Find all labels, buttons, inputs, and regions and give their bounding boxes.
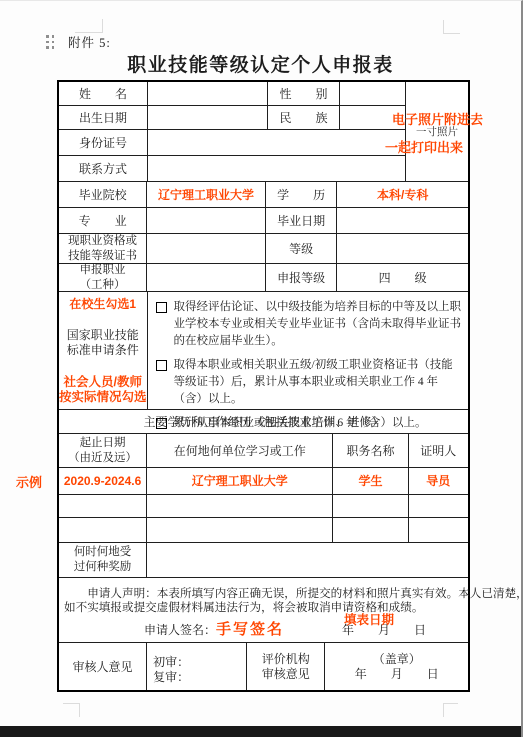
experience-place-input-cell[interactable]: [146, 495, 332, 517]
apply-job-input-cell[interactable]: [146, 264, 265, 291]
basic-info-group: 姓 名 性 别 出生日期 民 族 身份证号 联系方式: [59, 82, 468, 181]
attachment-label: 附件 5:: [68, 33, 111, 51]
margin-mark-top-left: [75, 19, 103, 33]
example-duty-value: 学生: [332, 468, 407, 494]
current-cert-input-cell[interactable]: [146, 234, 265, 263]
photo-annotation-bottom: 一起打印出来: [385, 137, 463, 156]
conditions-checkbox-list: 取得经评估论证、以中级技能为培养目标的中等及以上职业学校本专业或相关专业毕业证书…: [147, 292, 468, 409]
cert-level-label: 等级: [265, 234, 336, 263]
margin-mark-bottom-left: [63, 703, 80, 717]
experience-date-input-cell[interactable]: [59, 518, 146, 542]
condition-item-1: 取得经评估论证、以中级技能为培养目标的中等及以上职业学校本专业或相关专业毕业证书…: [155, 299, 462, 350]
experience-duty-input-cell[interactable]: [332, 518, 407, 542]
current-cert-label: 现职业资格或技能等级证书: [59, 234, 146, 263]
education-value: 本科/专科: [336, 182, 468, 207]
experience-section-title: 主要学历和工作经历（包括技术培训、进修）: [59, 410, 468, 433]
gender-label: 性 别: [267, 82, 339, 105]
student-check-annotation: 在校生勾选1: [69, 297, 136, 311]
experience-header-reference: 证明人: [408, 434, 468, 467]
seal-cell: （盖章） 年 月 日: [324, 643, 468, 690]
first-review-label: 初审：: [153, 655, 189, 670]
review-cell[interactable]: 初审： 复审：: [146, 643, 246, 690]
condition-checkbox-2[interactable]: [156, 360, 167, 371]
experience-place-input-cell[interactable]: [146, 518, 332, 542]
grad-date-input-cell[interactable]: [336, 208, 468, 233]
contact-label: 联系方式: [59, 156, 147, 181]
photo-annotation-top: 电子照片附进去: [392, 109, 483, 128]
evaluation-org-label: 评价机构审核意见: [246, 643, 324, 690]
id-number-input-cell[interactable]: [147, 130, 405, 155]
declaration-line1: 申请人声明：本表所填写内容正确无误，所提交的材料和照片真实有效。本人已清楚，: [64, 587, 523, 602]
award-input-cell[interactable]: [146, 543, 468, 577]
seal-label: （盖章）: [373, 652, 421, 667]
school-label: 毕业院校: [59, 182, 146, 207]
gender-input-cell[interactable]: [339, 82, 405, 105]
experience-empty-row: [59, 517, 468, 542]
name-input-cell[interactable]: [147, 82, 267, 105]
seal-date-text: 年 月 日: [355, 667, 439, 682]
apply-level-label: 申报等级: [265, 264, 336, 291]
social-check-annotation: 社会人员/教师按实际情况勾选: [59, 375, 147, 405]
condition-item-2: 取得本职业或相关职业五级/初级工职业资格证书（技能等级证书）后，累计从事本职业或…: [155, 357, 462, 408]
example-annotation: 示例: [16, 472, 42, 491]
margin-mark-bottom-right: [443, 703, 458, 717]
signature-line: 申请人签名： 手写签名 填表日期 年 月 日: [64, 623, 468, 638]
photo-placeholder-cell[interactable]: 一寸照片: [405, 82, 468, 181]
auditor-opinion-label: 审核人意见: [59, 643, 146, 690]
declaration-cell: 申请人声明：本表所填写内容正确无误，所提交的材料和照片真实有效。本人已清楚， 如…: [59, 578, 472, 642]
example-date-value: 2020.9-2024.6: [59, 468, 146, 494]
major-label: 专 业: [59, 208, 146, 233]
window-bottom-edge: [0, 726, 521, 737]
margin-mark-top-right: [443, 20, 460, 34]
experience-header-place: 在何地何单位学习或工作: [146, 434, 332, 467]
sign-label: 申请人签名：: [144, 623, 216, 638]
school-value: 辽宁理工职业大学: [146, 182, 265, 207]
cert-level-input-cell[interactable]: [336, 234, 468, 263]
grad-date-label: 毕业日期: [265, 208, 336, 233]
major-input-cell[interactable]: [146, 208, 265, 233]
experience-reference-input-cell[interactable]: [408, 518, 468, 542]
fill-date-annotation: 填表日期: [344, 613, 394, 628]
experience-duty-input-cell[interactable]: [332, 495, 407, 517]
contact-input-cell[interactable]: [147, 156, 405, 181]
experience-header-duty: 职务名称: [332, 434, 407, 467]
birth-date-input-cell[interactable]: [147, 106, 267, 129]
application-form-table: 姓 名 性 别 出生日期 民 族 身份证号 联系方式: [57, 80, 470, 692]
id-number-label: 身份证号: [59, 130, 147, 155]
paragraph-drag-handle-icon[interactable]: [46, 35, 55, 49]
apply-job-label: 申报职业（工种）: [59, 264, 146, 291]
conditions-side-label: 在校生勾选1 国家职业技能标准申请条件 社会人员/教师按实际情况勾选: [59, 292, 147, 409]
form-date-group: 填表日期 年 月 日: [342, 623, 426, 638]
word-document-page: 附件 5: 职业技能等级认定个人申报表 姓 名 性 别 出生日期 民 族: [0, 0, 523, 737]
experience-header-date: 起止日期（由近及远）: [59, 434, 146, 467]
condition-checkbox-1[interactable]: [156, 302, 167, 313]
conditions-title: 国家职业技能标准申请条件: [67, 328, 139, 358]
name-label: 姓 名: [59, 82, 147, 105]
page-title: 职业技能等级认定个人申报表: [0, 50, 521, 77]
handwritten-sign-annotation[interactable]: 手写签名: [216, 623, 284, 638]
experience-date-input-cell[interactable]: [59, 495, 146, 517]
example-reference-value: 导员: [408, 468, 468, 494]
birth-date-label: 出生日期: [59, 106, 147, 129]
apply-level-value: 四 级: [336, 264, 468, 291]
award-label: 何时何地受过何种奖励: [59, 543, 146, 577]
example-place-value: 辽宁理工职业大学: [146, 468, 332, 494]
experience-empty-row: [59, 494, 468, 517]
ethnicity-label: 民 族: [267, 106, 339, 129]
experience-reference-input-cell[interactable]: [408, 495, 468, 517]
education-label: 学 历: [265, 182, 336, 207]
second-review-label: 复审：: [153, 670, 189, 685]
